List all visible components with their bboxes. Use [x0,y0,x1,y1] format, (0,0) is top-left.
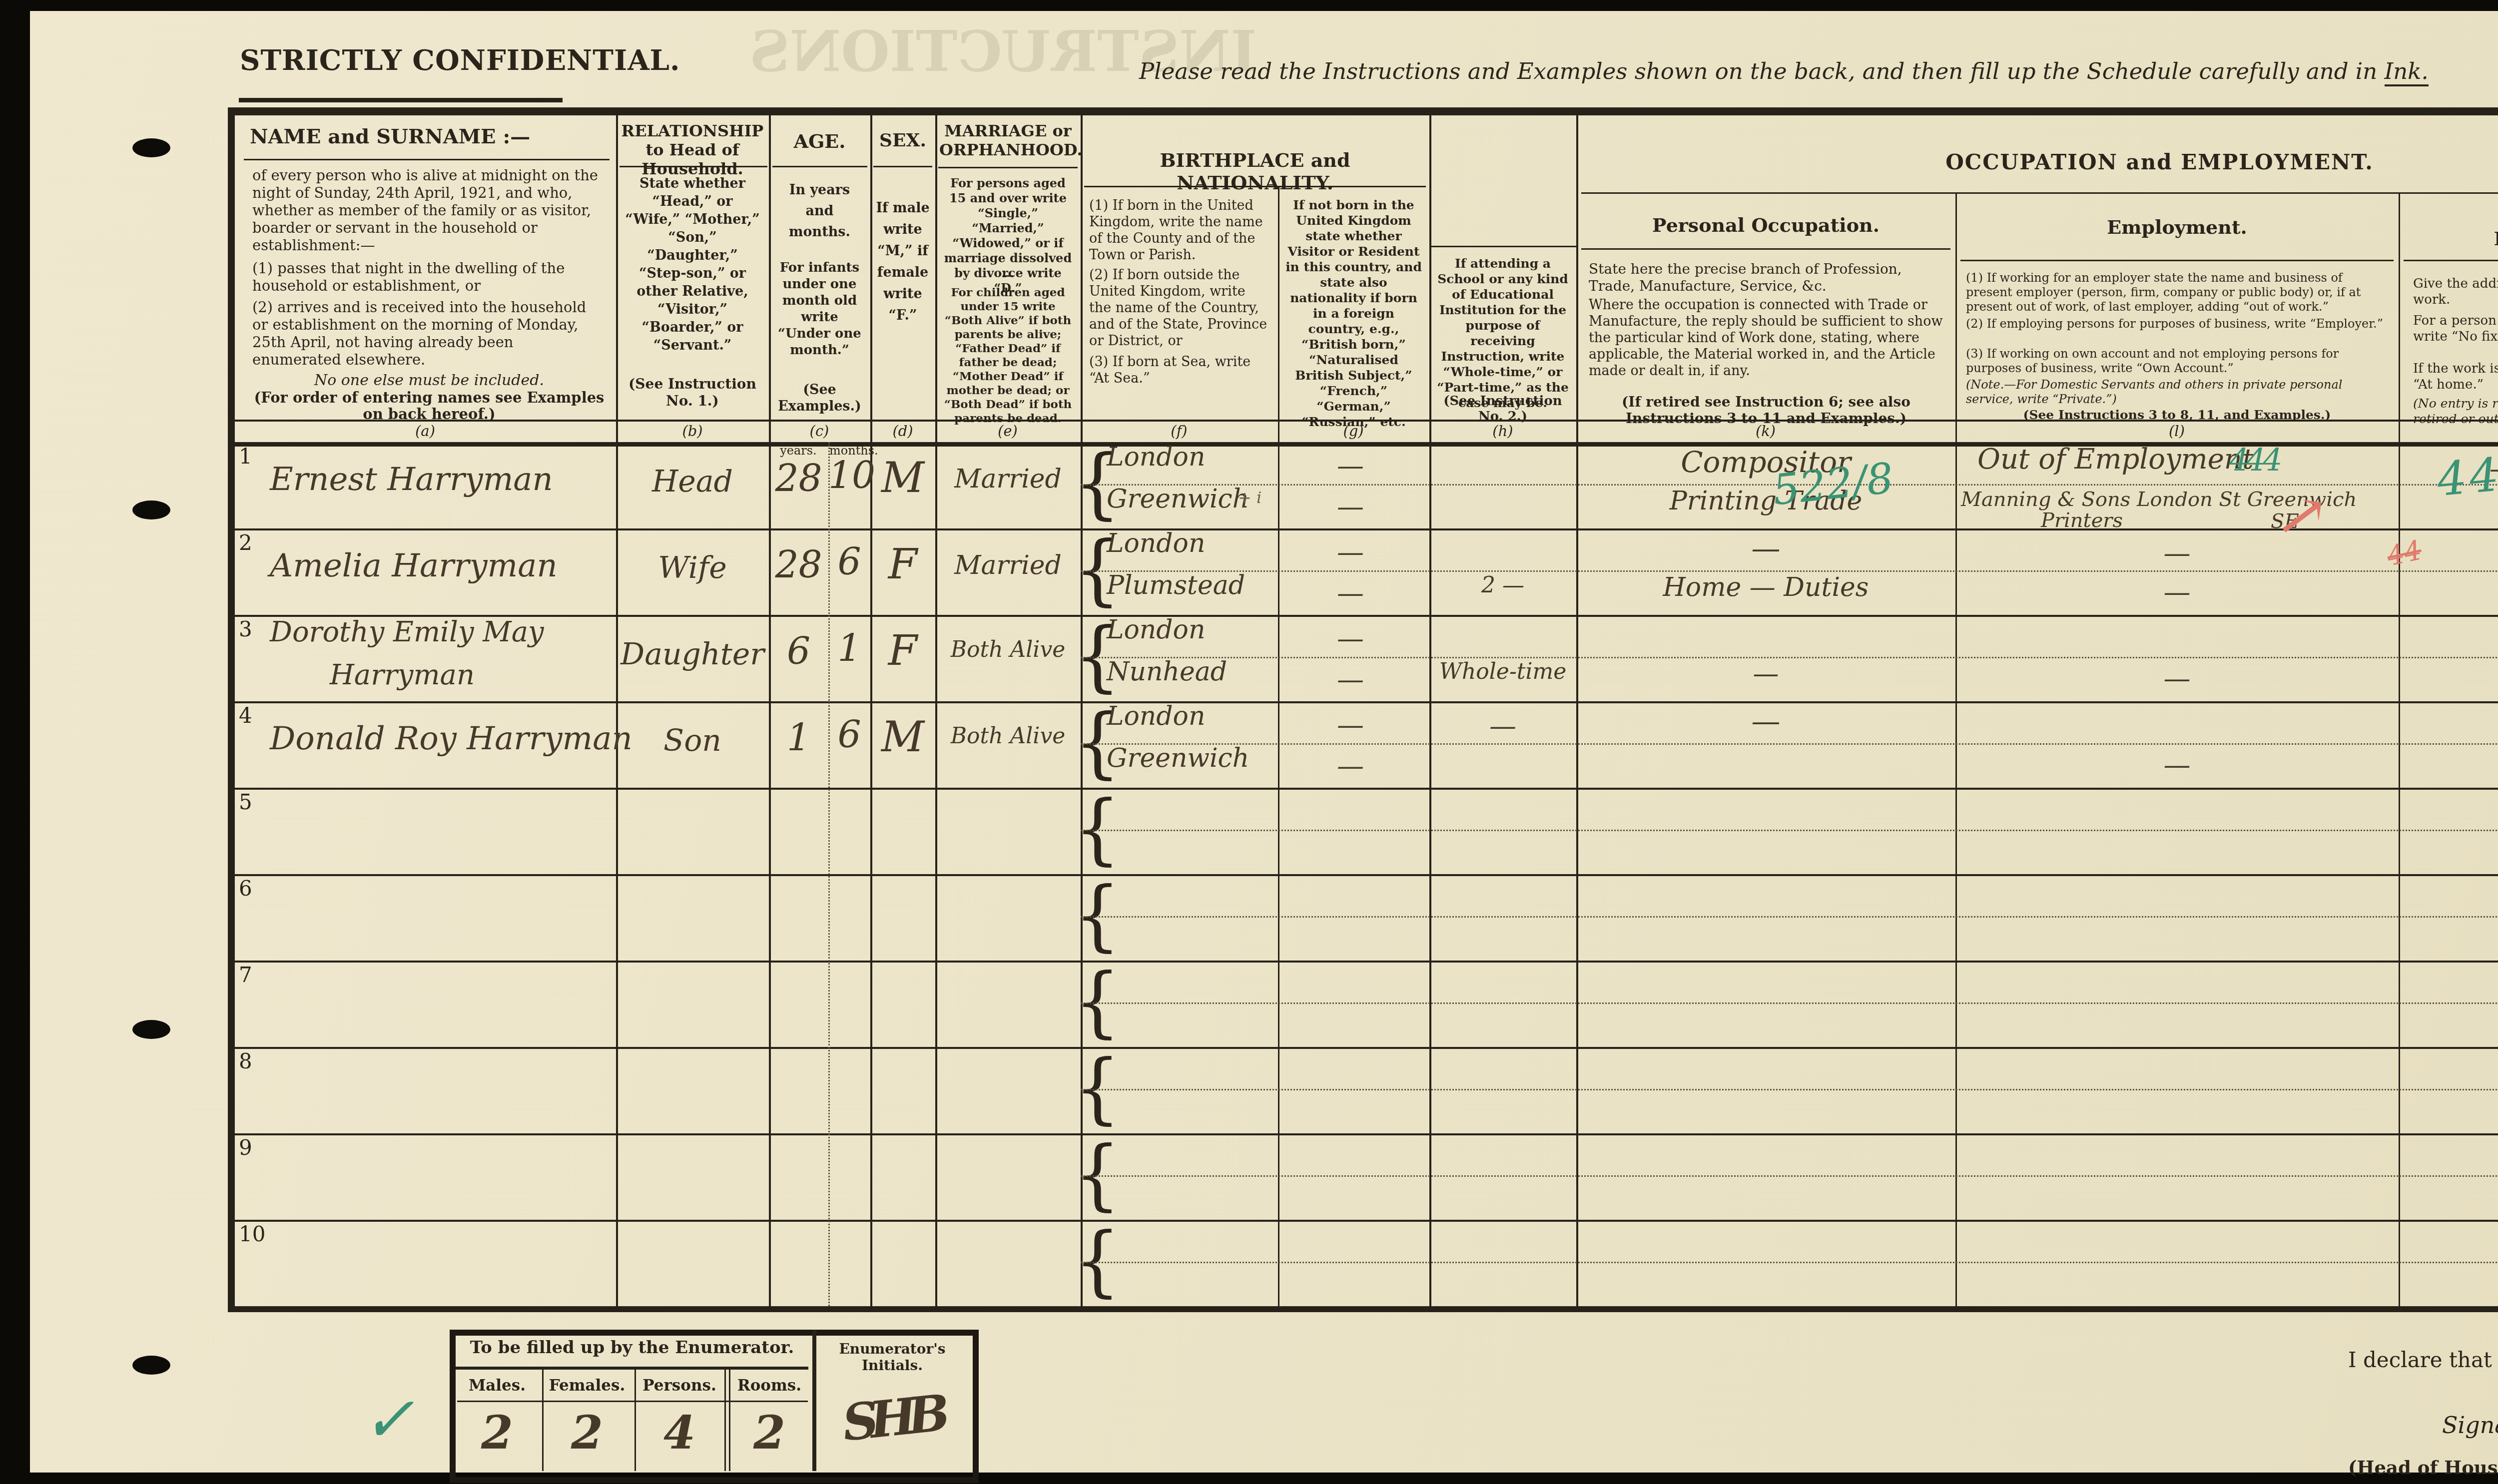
birthplace-brace: { [1074,1132,1121,1216]
col-a-intro: of every person who is alive at midnight… [252,167,606,254]
entry-birthplace-mark: + i [1238,488,1261,507]
col-m-body3: If the work is carried on mainly at home… [2413,361,2498,393]
header-rule [873,166,932,167]
col-m-body1: Give the address of each person's place … [2413,276,2498,308]
row-number: 2 [239,530,252,555]
entry-nationality-top: — [1278,709,1423,741]
col-e-body2: For children aged under 15 write “Both A… [941,286,1075,426]
row-line [235,874,2498,876]
entry-nationality-top: — [1278,450,1423,482]
row-dotted-line [1081,1002,2498,1004]
col-h-body: If attending a School or any kind of Edu… [1434,256,1571,411]
entry-name: Harryman [330,659,475,691]
entry-school-bottom: Whole-time [1429,659,1576,684]
entry-age-months: 6 [828,540,870,583]
entry-marriage: Both Alive [935,637,1081,662]
row-line [235,1047,2498,1049]
females-header: Females. [545,1377,629,1395]
header-rule [1581,248,1950,250]
row-dotted-line [1081,1262,2498,1263]
col-a-no-one-else: No one else must be included. [252,372,606,389]
entry-place-of-work: — [2463,647,2498,678]
row-dotted-line [1081,657,2498,658]
col-k-body1: State here the precise branch of Profess… [1589,261,1943,295]
fill-in-ink-instruction: Please read the Instructions and Example… [1139,58,2429,84]
entry-occupation-top: — [1576,704,1955,738]
col-c-body1: In years and months. [774,180,865,243]
row-number: 4 [239,703,252,728]
col-f-item1: (1) If born in the United Kingdom, write… [1089,197,1270,263]
entry-sex: F [870,539,935,588]
entry-nationality-bottom: — [1278,491,1423,522]
entry-age-years: 28 [769,543,828,586]
column-letter: (f) [1149,423,1209,440]
enumerator-col-line [542,1370,544,1471]
row-dotted-line [1081,916,2498,918]
birthplace-brace: { [1074,787,1121,871]
col-l-item1: (1) If working for an employer state the… [1966,271,2388,314]
females-count: 2 [545,1406,629,1460]
row-dotted-line [1081,1089,2498,1090]
col-d-title: SEX. [870,130,935,151]
column-letter: (d) [873,423,933,440]
entry-sex: F [870,626,935,675]
red-arrow-annotation: ↗ [2271,476,2333,555]
col-a-note: (For order of entering names see Example… [252,390,606,423]
entry-sex: M [870,453,935,502]
col-b-body: State whether “Head,” or “Wife,” “Mother… [624,175,761,355]
col-c-body2: For infants under one month old write “U… [774,260,865,359]
header-rule [772,166,867,167]
entry-marriage: Married [935,550,1081,580]
column-line [769,115,771,1306]
punch-hole [132,500,170,519]
signature-label: Signature [2442,1412,2498,1439]
row-line [235,1220,2498,1222]
entry-birthplace-bottom: Greenwich [1107,484,1249,514]
entry-employment-bottom: — [1955,663,2399,694]
entry-nationality-bottom: — [1278,750,1423,782]
col-l-note1: (Note.—For Domestic Servants and others … [1966,378,2388,407]
entry-occupation-bottom: Printing Trade [1576,486,1955,516]
header-rule [1960,260,2394,261]
column-letter: (e) [978,423,1038,440]
row-number: 8 [239,1049,252,1073]
entry-occupation-top: Compositor [1576,445,1955,479]
header-bottom-rule [235,420,2498,422]
col-m-title: Place of Work. [2399,227,2498,250]
col-k-note: (If retired see Instruction 6; see also … [1589,394,1943,427]
persons-header: Persons. [637,1377,722,1395]
column-letter: (g) [1323,423,1383,440]
census-schedule-scan: INSTRUCTIONS ENGLAND 1921 STRICTLY CONFI… [0,0,2498,1484]
enumerator-tick: ✓ [362,1384,415,1456]
entry-nationality-bottom: — [1278,664,1423,695]
entry-employment-bottom: — [1955,576,2399,608]
entry-marriage: Both Alive [935,723,1081,749]
birthplace-brace: { [1074,1046,1121,1130]
column-letter: (c) [789,423,849,440]
column-line [935,115,937,1306]
punch-hole [132,1020,170,1039]
row-number: 9 [239,1135,252,1160]
entry-relationship: Son [618,723,767,758]
row-line [235,1133,2498,1135]
entry-relationship: Head [618,464,767,499]
header-rule [1581,192,2498,194]
entry-birthplace-bottom: Greenwich [1107,743,1249,773]
row-dotted-line [1081,830,2498,831]
entry-age-months: 10 [828,454,870,497]
col-k-body2: Where the occupation is connected with T… [1589,297,1943,379]
entry-employment-bottom2: Printers [2041,509,2123,532]
entry-birthplace-top: London [1107,701,1205,731]
col-d-body: If male write “M,” if female write “F.” [872,197,933,326]
col-b-note: (See Instruction No. 1.) [624,376,761,410]
males-header: Males. [456,1377,539,1395]
row-line [235,528,2498,530]
declaration-text: I declare that this Schedule is correctl… [2348,1348,2498,1372]
punch-hole [132,1356,170,1375]
column-letter: (b) [662,423,722,440]
col-e-dash: — [941,268,1075,282]
entry-marriage: Married [935,464,1081,494]
header-rule [2404,260,2498,261]
years-sublabel: years. [770,444,826,458]
col-g-body: If not born in the United Kingdom state … [1283,197,1424,430]
row-number: 3 [239,617,252,641]
entry-sex: M [870,712,935,761]
entry-name: Donald Roy Harryman [270,720,632,757]
row-dotted-line [1081,1175,2498,1177]
entry-birthplace-top: London [1107,615,1205,645]
row-line [235,701,2498,703]
entry-occupation-bottom: — [1576,659,1955,689]
col-f-item2: (2) If born outside the United Kingdom, … [1089,267,1270,349]
entry-birthplace-bottom: Nunhead [1107,657,1227,687]
entry-age-years: 1 [769,716,828,759]
enumerator-initials-label: Enumerator's Initials. [820,1341,964,1374]
column-letter: (a) [395,423,455,440]
col-a-item1: (1) passes that night in the dwelling of… [252,260,606,295]
row-line [235,961,2498,963]
header-rule [1084,186,1426,187]
males-count: 2 [456,1406,539,1460]
col-a-item2: (2) arrives and is received into the hou… [252,299,606,369]
confidential-underline [239,98,563,102]
table-border-top [228,107,2498,115]
instruction-text: Please read the Instructions and Example… [1139,58,2385,84]
entry-name: Ernest Harryman [270,461,553,498]
confidential-title: STRICTLY CONFIDENTIAL. [240,44,680,77]
rooms-count: 2 [729,1406,809,1460]
entry-name: Amelia Harryman [270,547,558,584]
column-line [616,115,618,1306]
col-c-title: AGE. [769,130,870,152]
col-k-title: Personal Occupation. [1576,214,1955,236]
entry-place-of-work: — [2463,560,2498,592]
row-number: 7 [239,963,252,987]
entry-age-years: 28 [769,457,828,500]
col-m-body2: For a person with no regular place of wo… [2413,313,2498,345]
row-number: 1 [239,444,252,469]
row-line [235,615,2498,617]
row-dotted-line [1081,570,2498,572]
header-rule [244,159,610,160]
col-c-note: (See Examples.) [774,382,865,415]
col-m-note: (No entry is required for any person who… [2413,396,2498,427]
entry-age-years: 6 [769,630,828,673]
column-letter: (h) [1473,423,1533,440]
birthplace-brace: { [1074,873,1121,957]
occupation-title: OCCUPATION and EMPLOYMENT. [1576,150,2498,174]
punch-hole [132,138,170,157]
entry-place-of-work: — [2463,733,2498,765]
rooms-header: Rooms. [729,1377,809,1395]
row-line [235,788,2498,790]
col-a-title: NAME and SURNAME :— [250,125,610,148]
row-dotted-line [1081,743,2498,745]
entry-occupation-top: — [1576,531,1955,565]
row-number: 6 [239,876,252,901]
entry-birthplace-top: London [1107,528,1205,558]
enumerator-box-divider [812,1330,816,1471]
column-letter: (l) [2147,423,2207,440]
persons-count: 4 [637,1406,722,1460]
col-l-item2: (2) If employing persons for purposes of… [1966,317,2388,331]
col-l-title: Employment. [1955,216,2399,238]
enumerator-col-line [724,1370,726,1471]
entry-nationality-bottom: — [1278,577,1423,609]
entry-birthplace-bottom: Plumstead [1107,570,1245,600]
column-line [870,115,872,1306]
entry-employment-bottom: — [1955,749,2399,781]
entry-school-top: — [1429,710,1576,742]
enumerator-box-title-rule [456,1367,808,1370]
entry-nationality-top: — [1278,623,1423,654]
entry-employment-top: Out of Employment [1977,443,2253,476]
instruction-ink-word: Ink. [2385,58,2429,86]
enumerator-col-line [634,1370,636,1471]
header-rule [938,167,1078,168]
col-l-item3: (3) If working on own account and not em… [1966,347,2388,376]
col-b-title: RELATIONSHIP to Head of Household. [621,121,764,178]
birthplace-brace: { [1074,960,1121,1043]
entry-relationship: Daughter [618,637,767,672]
column-line [2399,192,2400,1306]
enumerator-box-title: To be filled up by the Enumerator. [456,1338,808,1358]
enumerator-headers-rule [457,1401,808,1402]
birthplace-brace: { [1074,1219,1121,1303]
header-rule [1429,246,1576,247]
entry-nationality-top: — [1278,536,1423,568]
header-rule [620,166,767,167]
entry-employment-top: — [1955,537,2399,569]
entry-birthplace-top: London [1107,442,1205,472]
entry-age-months: 6 [828,713,870,756]
col-e-title: MARRIAGE or ORPHANHOOD. [939,121,1077,159]
row-number: 5 [239,790,252,814]
entry-relationship: Wife [618,550,767,585]
column-letter: (k) [1736,423,1796,440]
col-f-item3: (3) If born at Sea, write “At Sea.” [1089,354,1270,387]
entry-school-bottom: 2 — [1429,572,1576,598]
employment-tally-annotation: 444 [2229,442,2279,478]
table-border-left [228,107,235,1312]
entry-occupation-bottom: Home — Duties [1576,572,1955,602]
row-number: 10 [239,1222,265,1246]
declaration-note: (Head of Household, Manager of Establish… [2348,1457,2498,1479]
entry-name: Dorothy Emily May [270,616,544,648]
entry-age-months: 1 [828,627,870,670]
table-border-bottom [228,1306,2498,1312]
column-line [1278,186,1279,1306]
